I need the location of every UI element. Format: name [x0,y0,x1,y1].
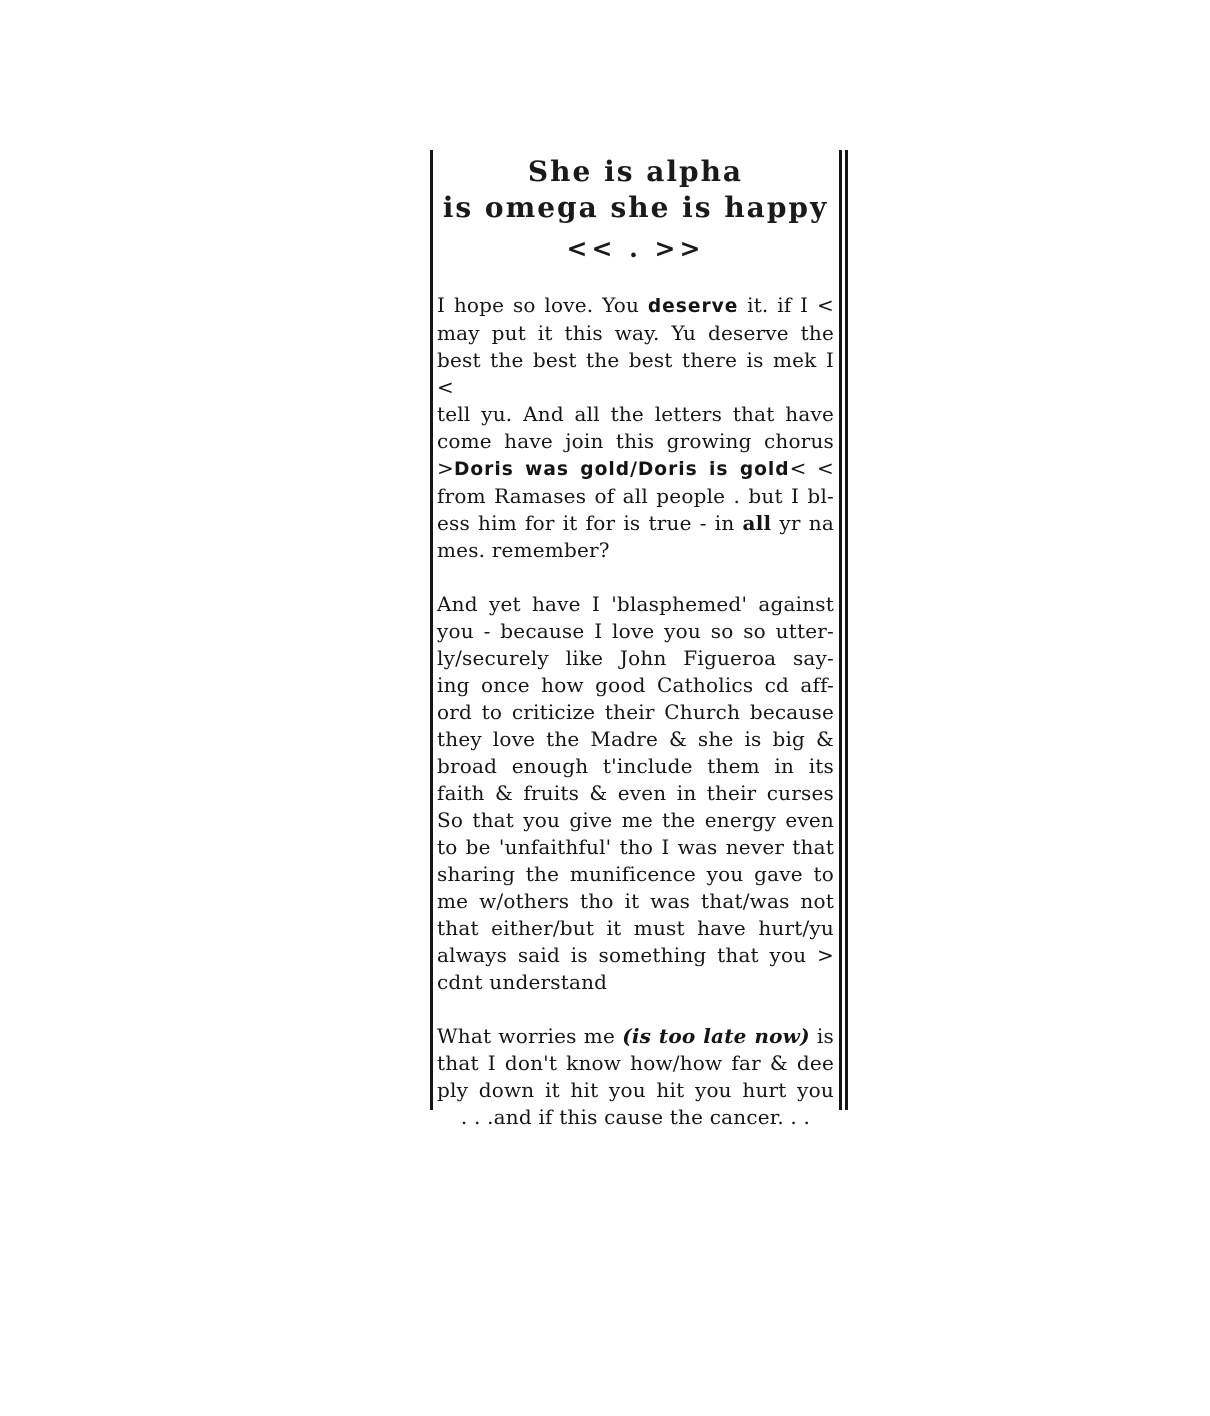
text-segment-emphasis: Doris was gold/Doris is gold [454,459,790,480]
text-segment: you - because I love you so so utter- [437,619,834,643]
text-segment: < < [790,456,834,480]
text-segment: always said is something that you > [437,943,834,967]
poem-title-line-2: is omega she is happy [437,190,834,226]
text-segment: mes. remember? [437,538,610,562]
poem-line: from Ramases of all people . but I bl- [437,483,834,510]
text-segment: that I don't know how/how far & dee [437,1051,834,1075]
text-segment: me w/others tho it was that/was not [437,889,834,913]
text-segment-emphasis: (is too late now) [622,1024,810,1048]
text-segment: ply down it hit you hit you hurt you [437,1078,834,1102]
poem-line: to be 'unfaithful' tho I was never that [437,834,834,861]
poem-line: What worries me (is too late now) is [437,1023,834,1050]
text-segment: broad enough t'include them in its [437,754,834,778]
text-segment: from Ramases of all people . but I bl- [437,484,834,508]
poem-line: tell yu. And all the letters that have [437,401,834,428]
poem-line: best the best the best there is mek I < [437,347,834,401]
text-segment: What worries me [437,1024,622,1048]
text-segment: I hope so love. You [437,293,648,317]
text-segment: they love the Madre & she is big & [437,727,834,751]
poem-line: ply down it hit you hit you hurt you [437,1077,834,1104]
text-segment: best the best the best there is mek I < [437,348,834,399]
poem-line: mes. remember? [437,537,834,564]
poem-line: ord to criticize their Church because [437,699,834,726]
poem-line: come have join this growing chorus [437,428,834,455]
text-segment: that either/but it must have hurt/yu [437,916,834,940]
poem-paragraph: And yet have I 'blasphemed' againstyou -… [437,591,834,996]
poem-paragraph: I hope so love. You deserve it. if I <ma… [437,292,834,564]
poem-line: >Doris was gold/Doris is gold< < [437,455,834,483]
poem-line: I hope so love. You deserve it. if I < [437,292,834,320]
poem-line: they love the Madre & she is big & [437,726,834,753]
text-segment: > [437,456,454,480]
poem-line: always said is something that you > [437,942,834,969]
text-segment: ord to criticize their Church because [437,700,834,724]
poem-line: sharing the munificence you gave to [437,861,834,888]
text-segment: may put it this way. Yu deserve the [437,321,834,345]
text-segment: . . .and if this cause the cancer. . . [461,1105,810,1129]
poem-line: ly/securely like John Figueroa say- [437,645,834,672]
poem-sheet-inner: She is alpha is omega she is happy << . … [433,150,839,1110]
text-segment: is [810,1024,834,1048]
poem-sheet: She is alpha is omega she is happy << . … [430,150,848,1110]
text-segment: come have join this growing chorus [437,429,834,453]
poem-title-line-1: She is alpha [437,154,834,190]
text-segment: it. if I < [738,293,834,317]
poem-line: you - because I love you so so utter- [437,618,834,645]
text-segment: And yet have I 'blasphemed' against [437,592,834,616]
poem-line: So that you give me the energy even [437,807,834,834]
text-segment: So that you give me the energy even [437,808,834,832]
poem-line: And yet have I 'blasphemed' against [437,591,834,618]
text-segment: ing once how good Catholics cd aff- [437,673,834,697]
poem-paragraph: What worries me (is too late now) isthat… [437,1023,834,1131]
text-segment-emphasis: all [743,511,772,535]
poem-line: cdnt understand [437,969,834,996]
poem-line: that I don't know how/how far & dee [437,1050,834,1077]
poem-line: may put it this way. Yu deserve the [437,320,834,347]
text-segment: ly/securely like John Figueroa say- [437,646,834,670]
page-background: She is alpha is omega she is happy << . … [0,0,1210,1416]
poem-line: ess him for it for is true - in all yr n… [437,510,834,537]
text-segment: ess him for it for is true - in [437,511,743,535]
text-segment: faith & fruits & even in their curses [437,781,834,805]
text-segment: yr na [771,511,834,535]
poem-divider: << . >> [437,234,834,264]
poem-line: broad enough t'include them in its [437,753,834,780]
text-segment: cdnt understand [437,970,607,994]
poem-line: faith & fruits & even in their curses [437,780,834,807]
poem-line: ing once how good Catholics cd aff- [437,672,834,699]
text-segment-emphasis: deserve [648,296,739,317]
poem-line: me w/others tho it was that/was not [437,888,834,915]
poem-line: that either/but it must have hurt/yu [437,915,834,942]
text-segment: to be 'unfaithful' tho I was never that [437,835,834,859]
poem-body: I hope so love. You deserve it. if I <ma… [437,292,834,1131]
text-segment: sharing the munificence you gave to [437,862,834,886]
text-segment: tell yu. And all the letters that have [437,402,834,426]
poem-line: . . .and if this cause the cancer. . . [437,1104,834,1131]
